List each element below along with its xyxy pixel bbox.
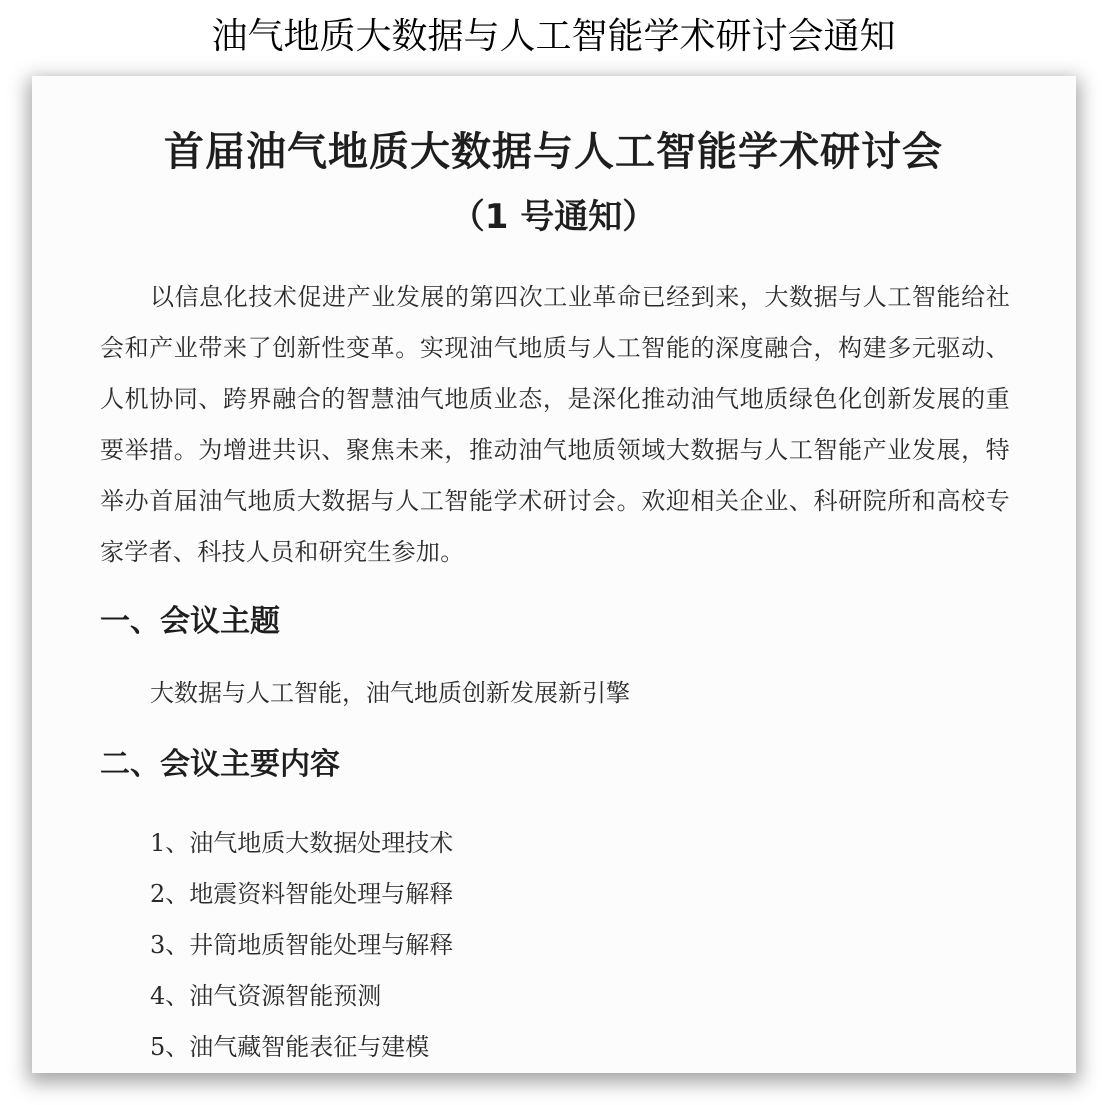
list-item: 3、井筒地质智能处理与解释 bbox=[150, 920, 453, 971]
theme-text: 大数据与人工智能，油气地质创新发展新引擎 bbox=[150, 673, 630, 713]
document-title: 首届油气地质大数据与人工智能学术研讨会 bbox=[0, 124, 1107, 180]
content-list: 1、油气地质大数据处理技术 2、地震资料智能处理与解释 3、井筒地质智能处理与解… bbox=[150, 818, 453, 1073]
document-subtitle: （1 号通知） bbox=[0, 192, 1107, 242]
page-header-title: 油气地质大数据与人工智能学术研讨会通知 bbox=[0, 12, 1107, 62]
list-item: 5、油气藏智能表征与建模 bbox=[150, 1022, 453, 1073]
intro-paragraph: 以信息化技术促进产业发展的第四次工业革命已经到来，大数据与人工智能给社会和产业带… bbox=[100, 272, 1010, 578]
section-heading-theme: 一、会议主题 bbox=[100, 601, 280, 643]
list-item: 1、油气地质大数据处理技术 bbox=[150, 818, 453, 869]
list-item: 2、地震资料智能处理与解释 bbox=[150, 869, 453, 920]
list-item: 4、油气资源智能预测 bbox=[150, 971, 453, 1022]
section-heading-content: 二、会议主要内容 bbox=[100, 744, 340, 786]
